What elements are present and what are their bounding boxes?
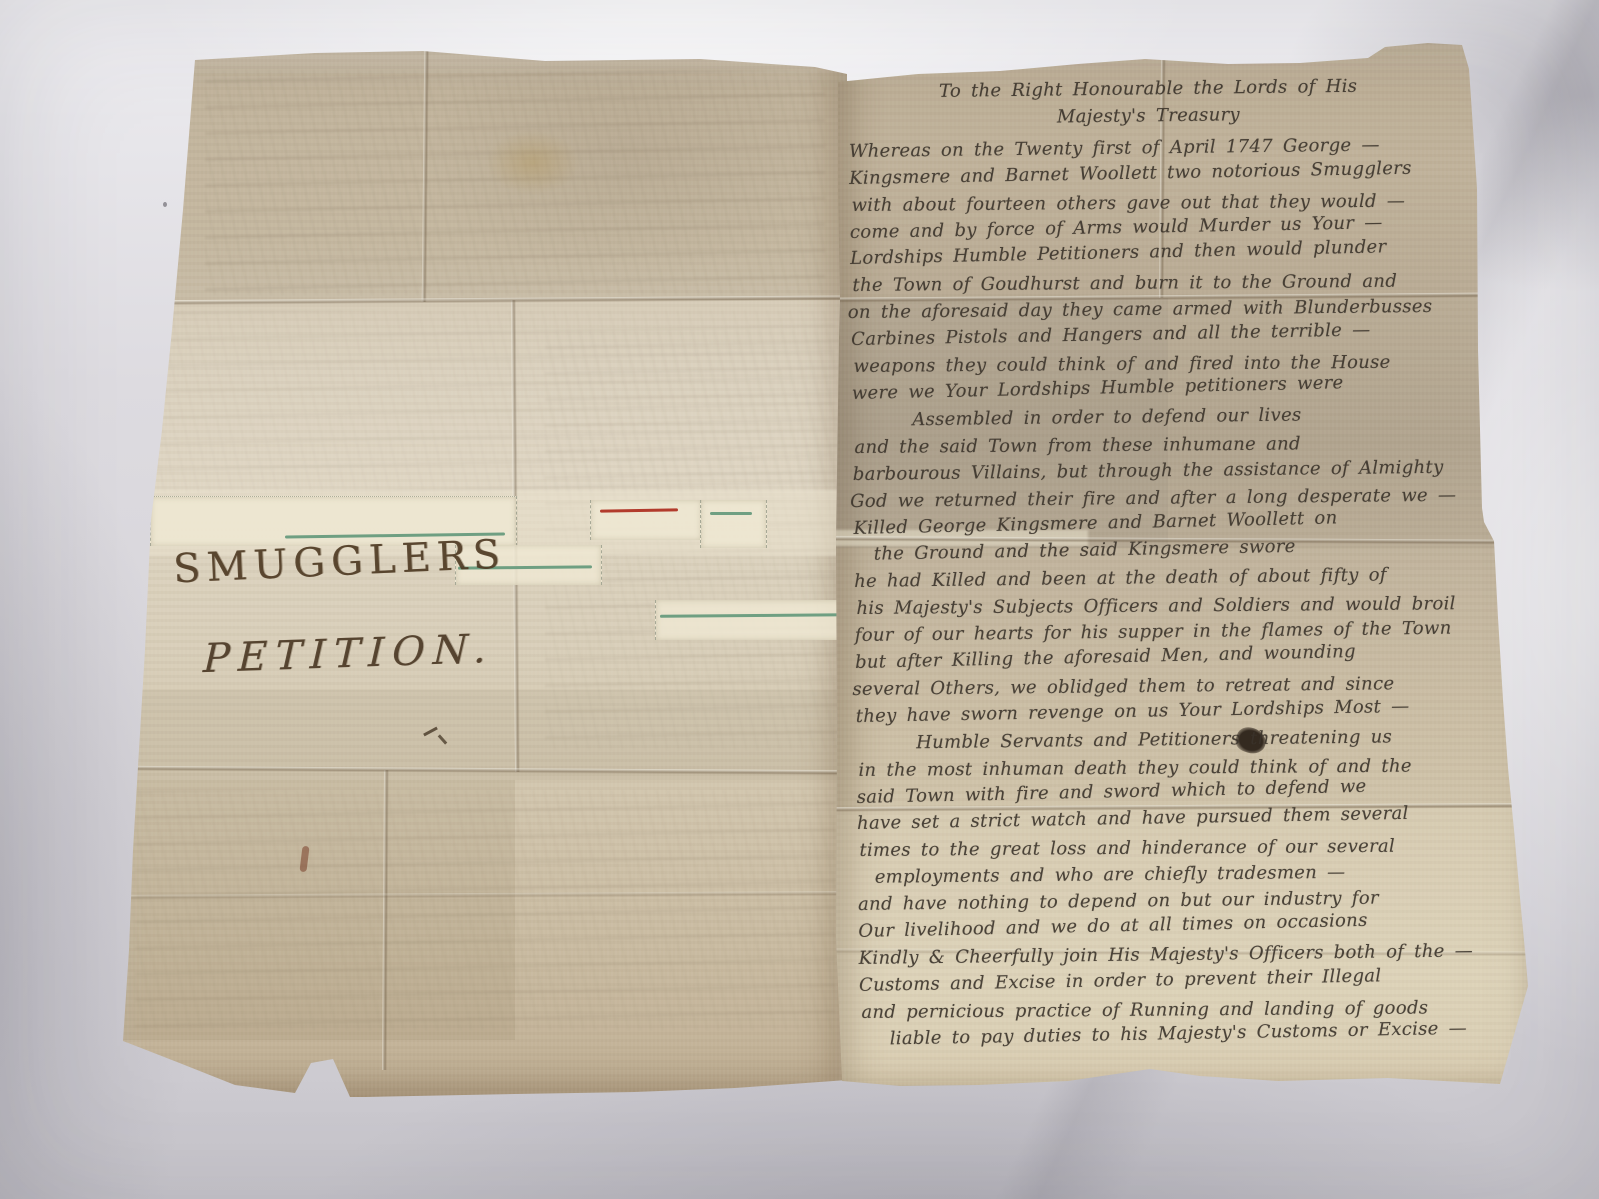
fabric-speck [163,202,167,207]
stamp-edging-green-line [710,512,752,515]
petition-text: To the Right Honourable the Lords of His… [848,72,1520,1054]
bleed-through-texture [545,330,845,750]
bleed-through-texture [135,790,835,1030]
petition-body: Whereas on the Twenty first of April 174… [849,131,1520,1054]
petition-line: his Majesty's Subjects Officers and Sold… [856,591,1516,623]
repair-strip [655,600,849,640]
petition-label: PETITION. [202,629,494,679]
petition-line: and the said Town from these inhumane an… [854,430,1514,462]
repair-strip [700,500,767,548]
petition-heading: To the Right Honourable the Lords of His… [848,73,1449,134]
repair-strip [590,500,702,540]
document-photo: SMUGGLERS PETITION. To the Right Honoura… [0,0,1599,1199]
document-back-page: SMUGGLERS PETITION. [115,50,847,1105]
document-front-page: To the Right Honourable the Lords of His… [828,38,1542,1102]
bleed-through-texture [205,70,825,295]
